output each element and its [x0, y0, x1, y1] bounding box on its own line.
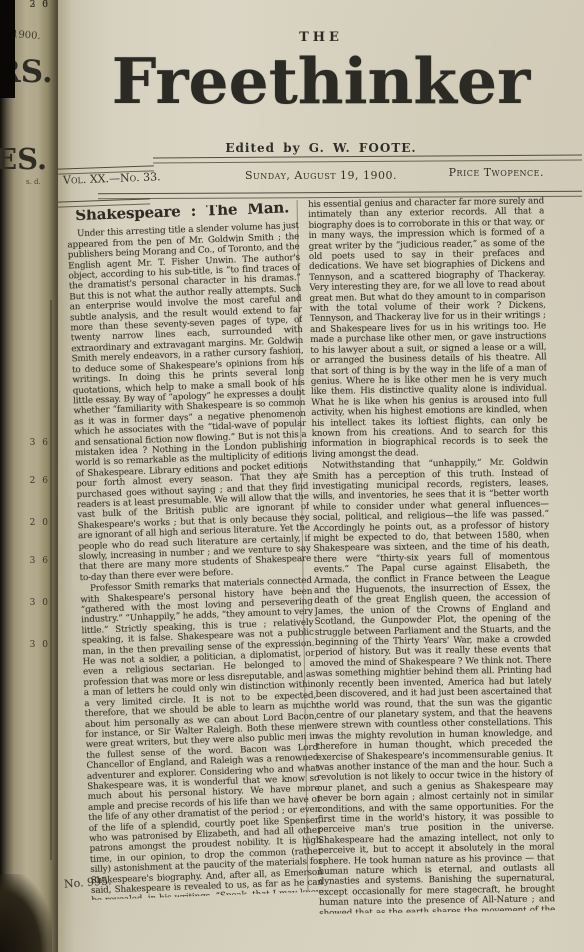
masthead-edited-by: Edited by G. W. FOOTE. [58, 141, 584, 155]
spine-price-fragment: 2 0 [22, 518, 50, 528]
dark-corner-bottom-left [0, 874, 52, 952]
dark-corner-top-left [0, 0, 15, 98]
spine-text-fragment-mid: ES. [0, 142, 47, 176]
article-column-left: Shakespeare : The Man. Under this arrest… [66, 202, 323, 900]
article-paragraph: his essential genius and character far m… [308, 196, 548, 460]
masthead-the-label: THE [58, 30, 584, 45]
double-rule-top [153, 155, 582, 164]
newspaper-page: THE Freethinker Edited by G. W. FOOTE. V… [58, 0, 584, 952]
price-label: Price Twopence. [449, 166, 544, 179]
spine-price-fragment: 3 6 [22, 438, 50, 448]
spine-year-fragment: 1900. [12, 29, 41, 42]
scanned-periodical-page: 1900. RS. ES. s. d. 3 6 2 6 2 0 3 6 3 0 … [0, 0, 584, 952]
book-spine-strip: 1900. RS. ES. s. d. 3 6 2 6 2 0 3 6 3 0 … [0, 0, 58, 952]
spine-price-fragment: 0 [22, 0, 50, 10]
article-column-right: his essential genius and character far m… [308, 196, 555, 914]
masthead-title: Freethinker [58, 44, 584, 118]
spine-price-fragment: 3 0 [22, 598, 50, 608]
spine-price-header: s. d. [26, 178, 41, 186]
spine-column-rule [50, 300, 52, 860]
article-paragraph: Under this arresting title a slender vol… [67, 221, 312, 583]
spine-price-fragment: 3 0 [22, 640, 50, 650]
article-paragraph: Notwithstanding that “unhappily,” Mr. Go… [312, 457, 555, 913]
spine-price-fragment: 2 6 [22, 476, 50, 486]
spine-price-fragment: 3 6 [22, 556, 50, 566]
article-paragraph: Professor Smith remarks that materials c… [80, 576, 323, 900]
double-rule-volume-bottom [58, 198, 150, 207]
